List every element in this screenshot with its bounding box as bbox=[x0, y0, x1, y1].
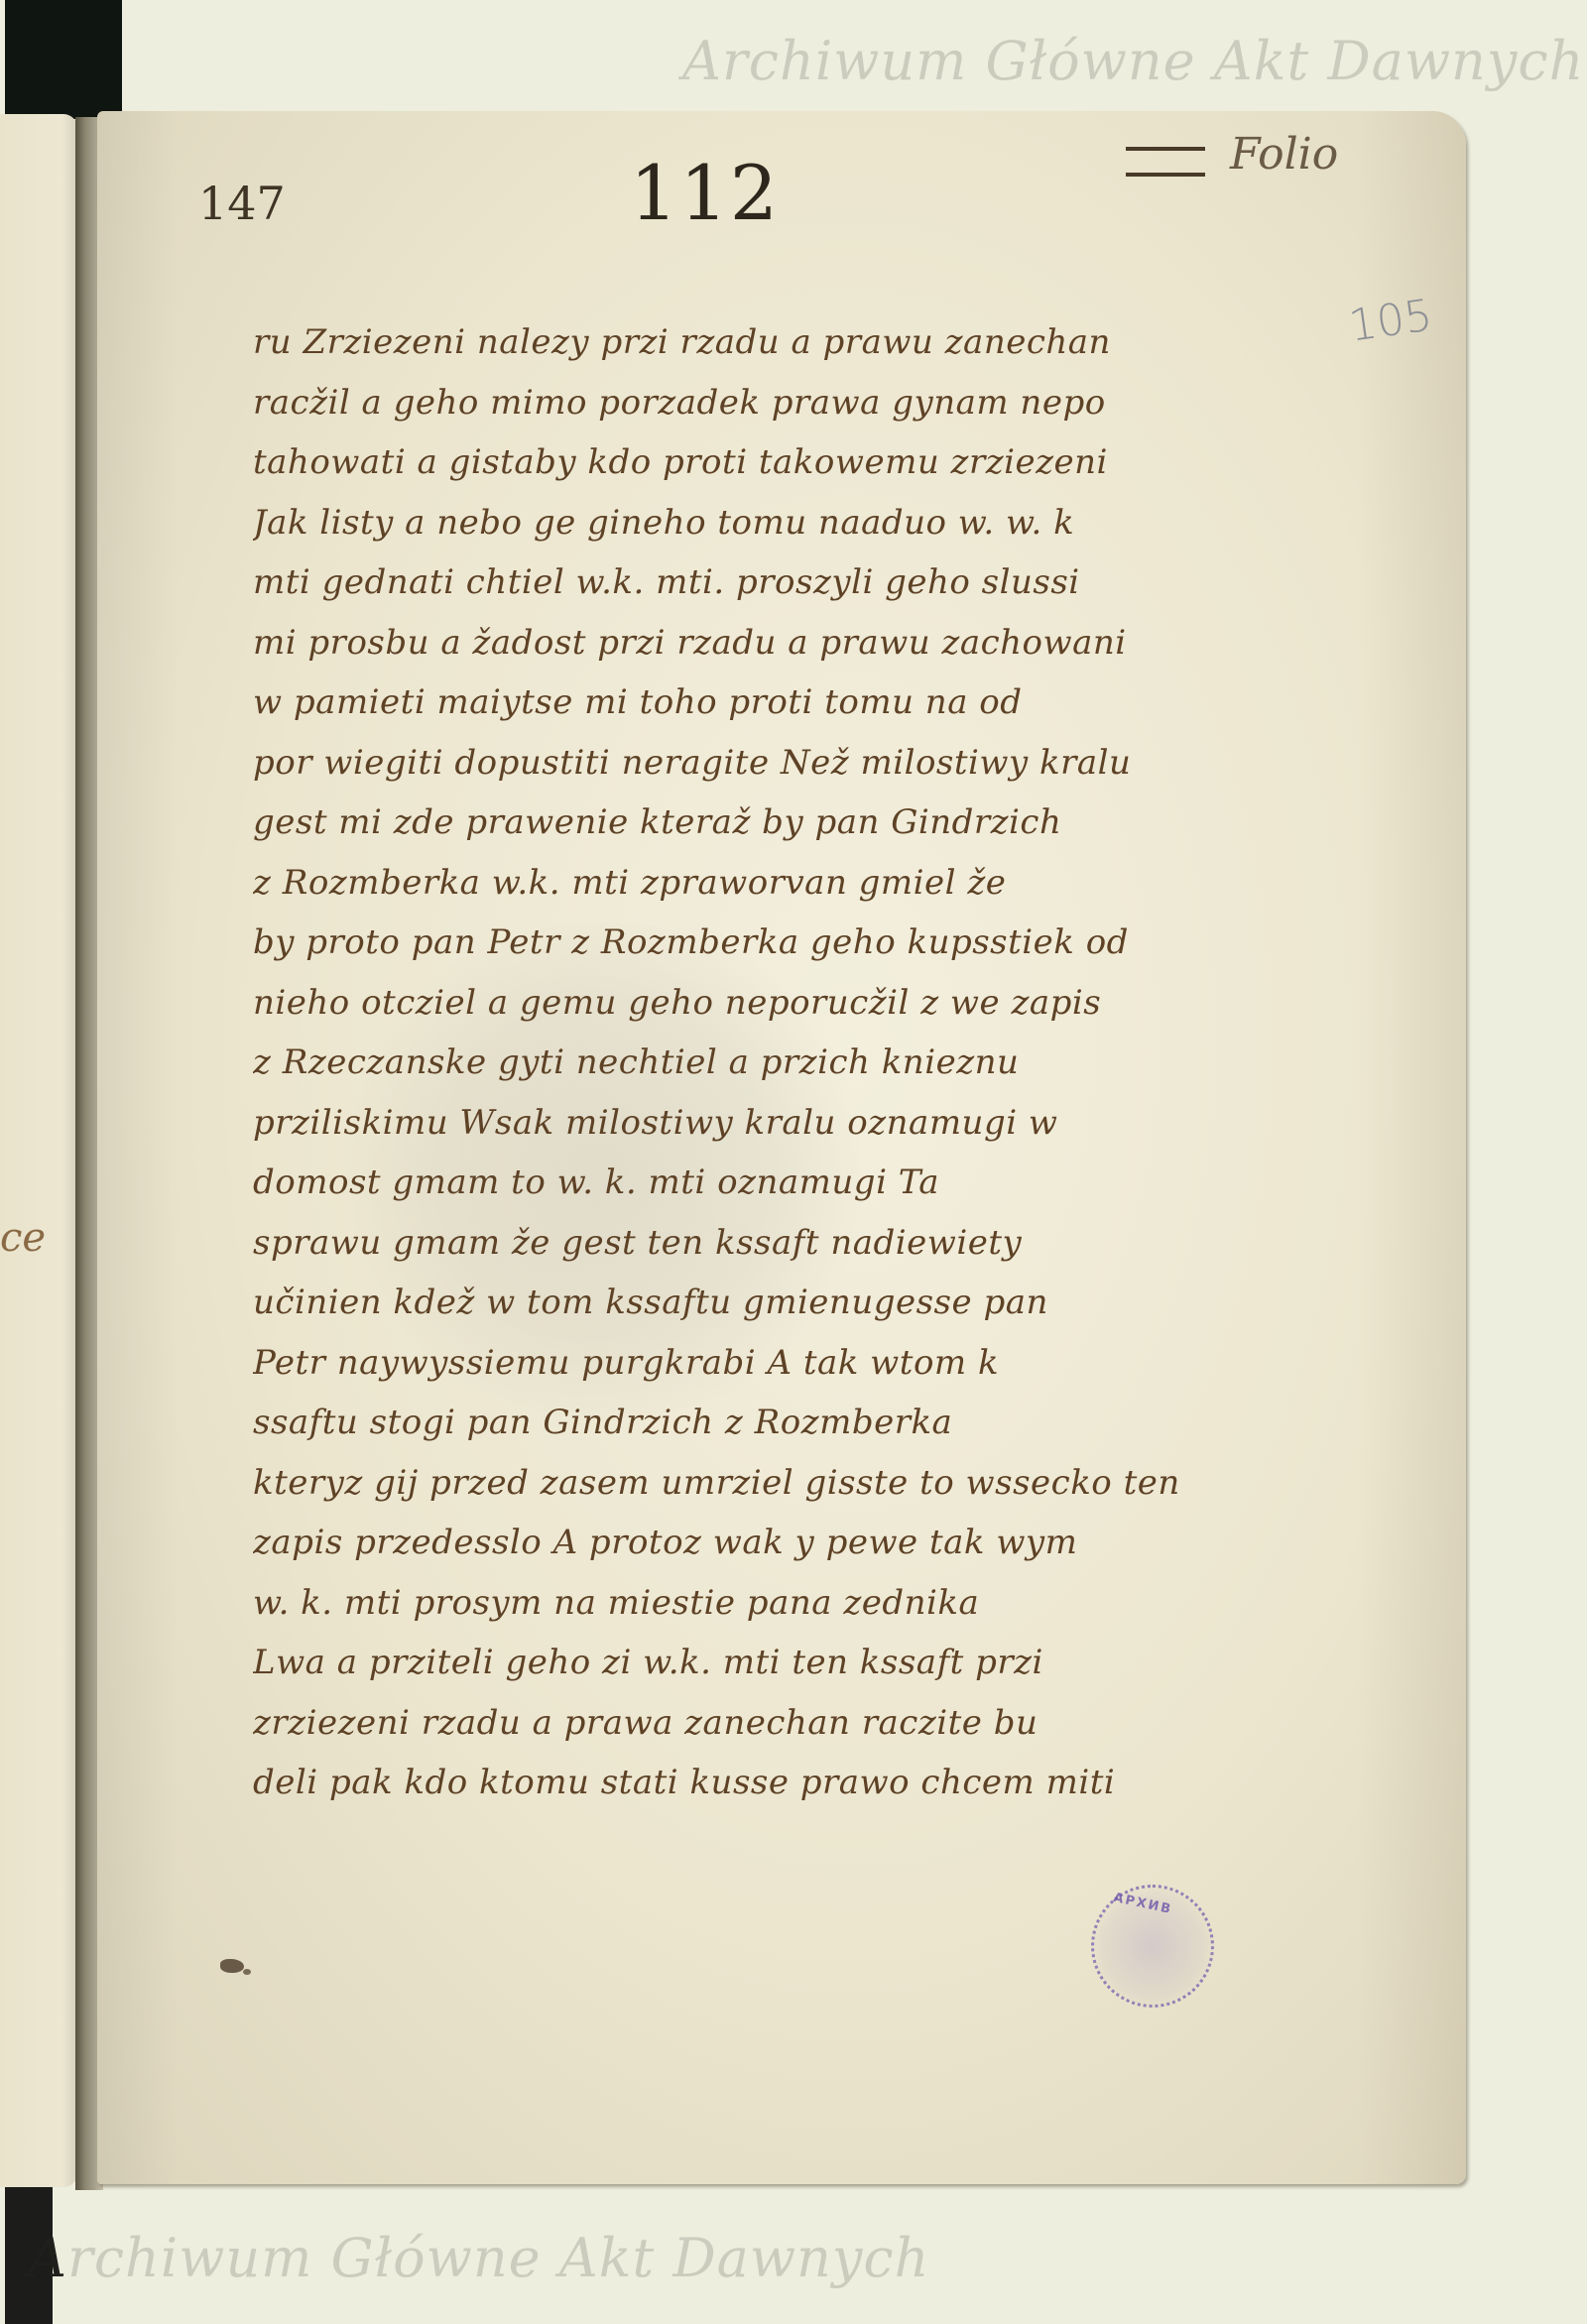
old-folio-number: 147 bbox=[198, 177, 286, 230]
text-line: w. k. mti prosym na miestie pana zednika bbox=[253, 1573, 1334, 1634]
ink-blot bbox=[220, 1959, 244, 1973]
text-line: Jak listy a nebo ge gineho tomu naaduo w… bbox=[253, 493, 1334, 553]
text-line: učinien kdež w tom kssaftu gmienugesse p… bbox=[253, 1273, 1334, 1333]
text-line: kteryz gij przed zasem umrziel gisste to… bbox=[253, 1453, 1334, 1514]
text-line: mi prosbu a žadost przi rzadu a prawu za… bbox=[253, 613, 1334, 673]
text-line: racžil a geho mimo porzadek prawa gynam … bbox=[253, 373, 1334, 433]
text-line: prziliskimu Wsak milostiwy kralu oznamug… bbox=[253, 1093, 1334, 1154]
text-line: Lwa a prziteli geho zi w.k. mti ten kssa… bbox=[253, 1633, 1334, 1693]
verso-text-fragment: ce bbox=[0, 1215, 46, 1261]
watermark-initial: A bbox=[28, 2227, 67, 2289]
ink-spot bbox=[243, 1969, 251, 1975]
text-line: Petr naywyssiemu purgkrabi A tak wtom k bbox=[253, 1333, 1334, 1394]
text-line: sprawu gmam že gest ten kssaft nadiewiet… bbox=[253, 1213, 1334, 1274]
scan-bed-edge bbox=[5, 0, 122, 119]
text-line: gest mi zde prawenie kteraž by pan Gindr… bbox=[253, 793, 1334, 853]
archive-watermark-top: Archiwum Główne Akt Dawnych bbox=[682, 30, 1584, 92]
text-line: nieho otcziel a gemu geho neporucžil z w… bbox=[253, 973, 1334, 1034]
text-line: zrziezeni rzadu a prawa zanechan raczite… bbox=[253, 1693, 1334, 1754]
folio-number: 112 bbox=[630, 149, 780, 237]
text-line: ssaftu stogi pan Gindrzich z Rozmberka bbox=[253, 1393, 1334, 1453]
text-line: domost gmam to w. k. mti oznamugi Ta bbox=[253, 1153, 1334, 1213]
handwritten-text: ru Zrziezeni nalezy przi rzadu a prawu z… bbox=[253, 312, 1334, 1813]
text-line: z Rzeczanske gyti nechtiel a przich knie… bbox=[253, 1033, 1334, 1093]
text-line: deli pak kdo ktomu stati kusse prawo chc… bbox=[253, 1753, 1334, 1813]
folio-label: Folio bbox=[1230, 129, 1338, 180]
watermark-rest: rchiwum Główne Akt Dawnych bbox=[67, 2227, 929, 2289]
text-line: mti gednati chtiel w.k. mti. proszyli ge… bbox=[253, 552, 1334, 613]
text-line: z Rozmberka w.k. mti zpraworvan gmiel že bbox=[253, 853, 1334, 914]
text-line: por wiegiti dopustiti neragite Než milos… bbox=[253, 733, 1334, 794]
archive-watermark-bottom: Archiwum Główne Akt Dawnych bbox=[28, 2227, 929, 2289]
text-line: w pamieti maiytse mi toho proti tomu na … bbox=[253, 673, 1334, 733]
text-line: ru Zrziezeni nalezy przi rzadu a prawu z… bbox=[253, 312, 1334, 373]
text-line: tahowati a gistaby kdo proti takowemu zr… bbox=[253, 432, 1334, 493]
struck-out-number bbox=[1126, 147, 1205, 177]
text-line: by proto pan Petr z Rozmberka geho kupss… bbox=[253, 913, 1334, 973]
text-line: zapis przedesslo A protoz wak y pewe tak… bbox=[253, 1513, 1334, 1573]
verso-page-edge: ce bbox=[0, 114, 77, 2187]
